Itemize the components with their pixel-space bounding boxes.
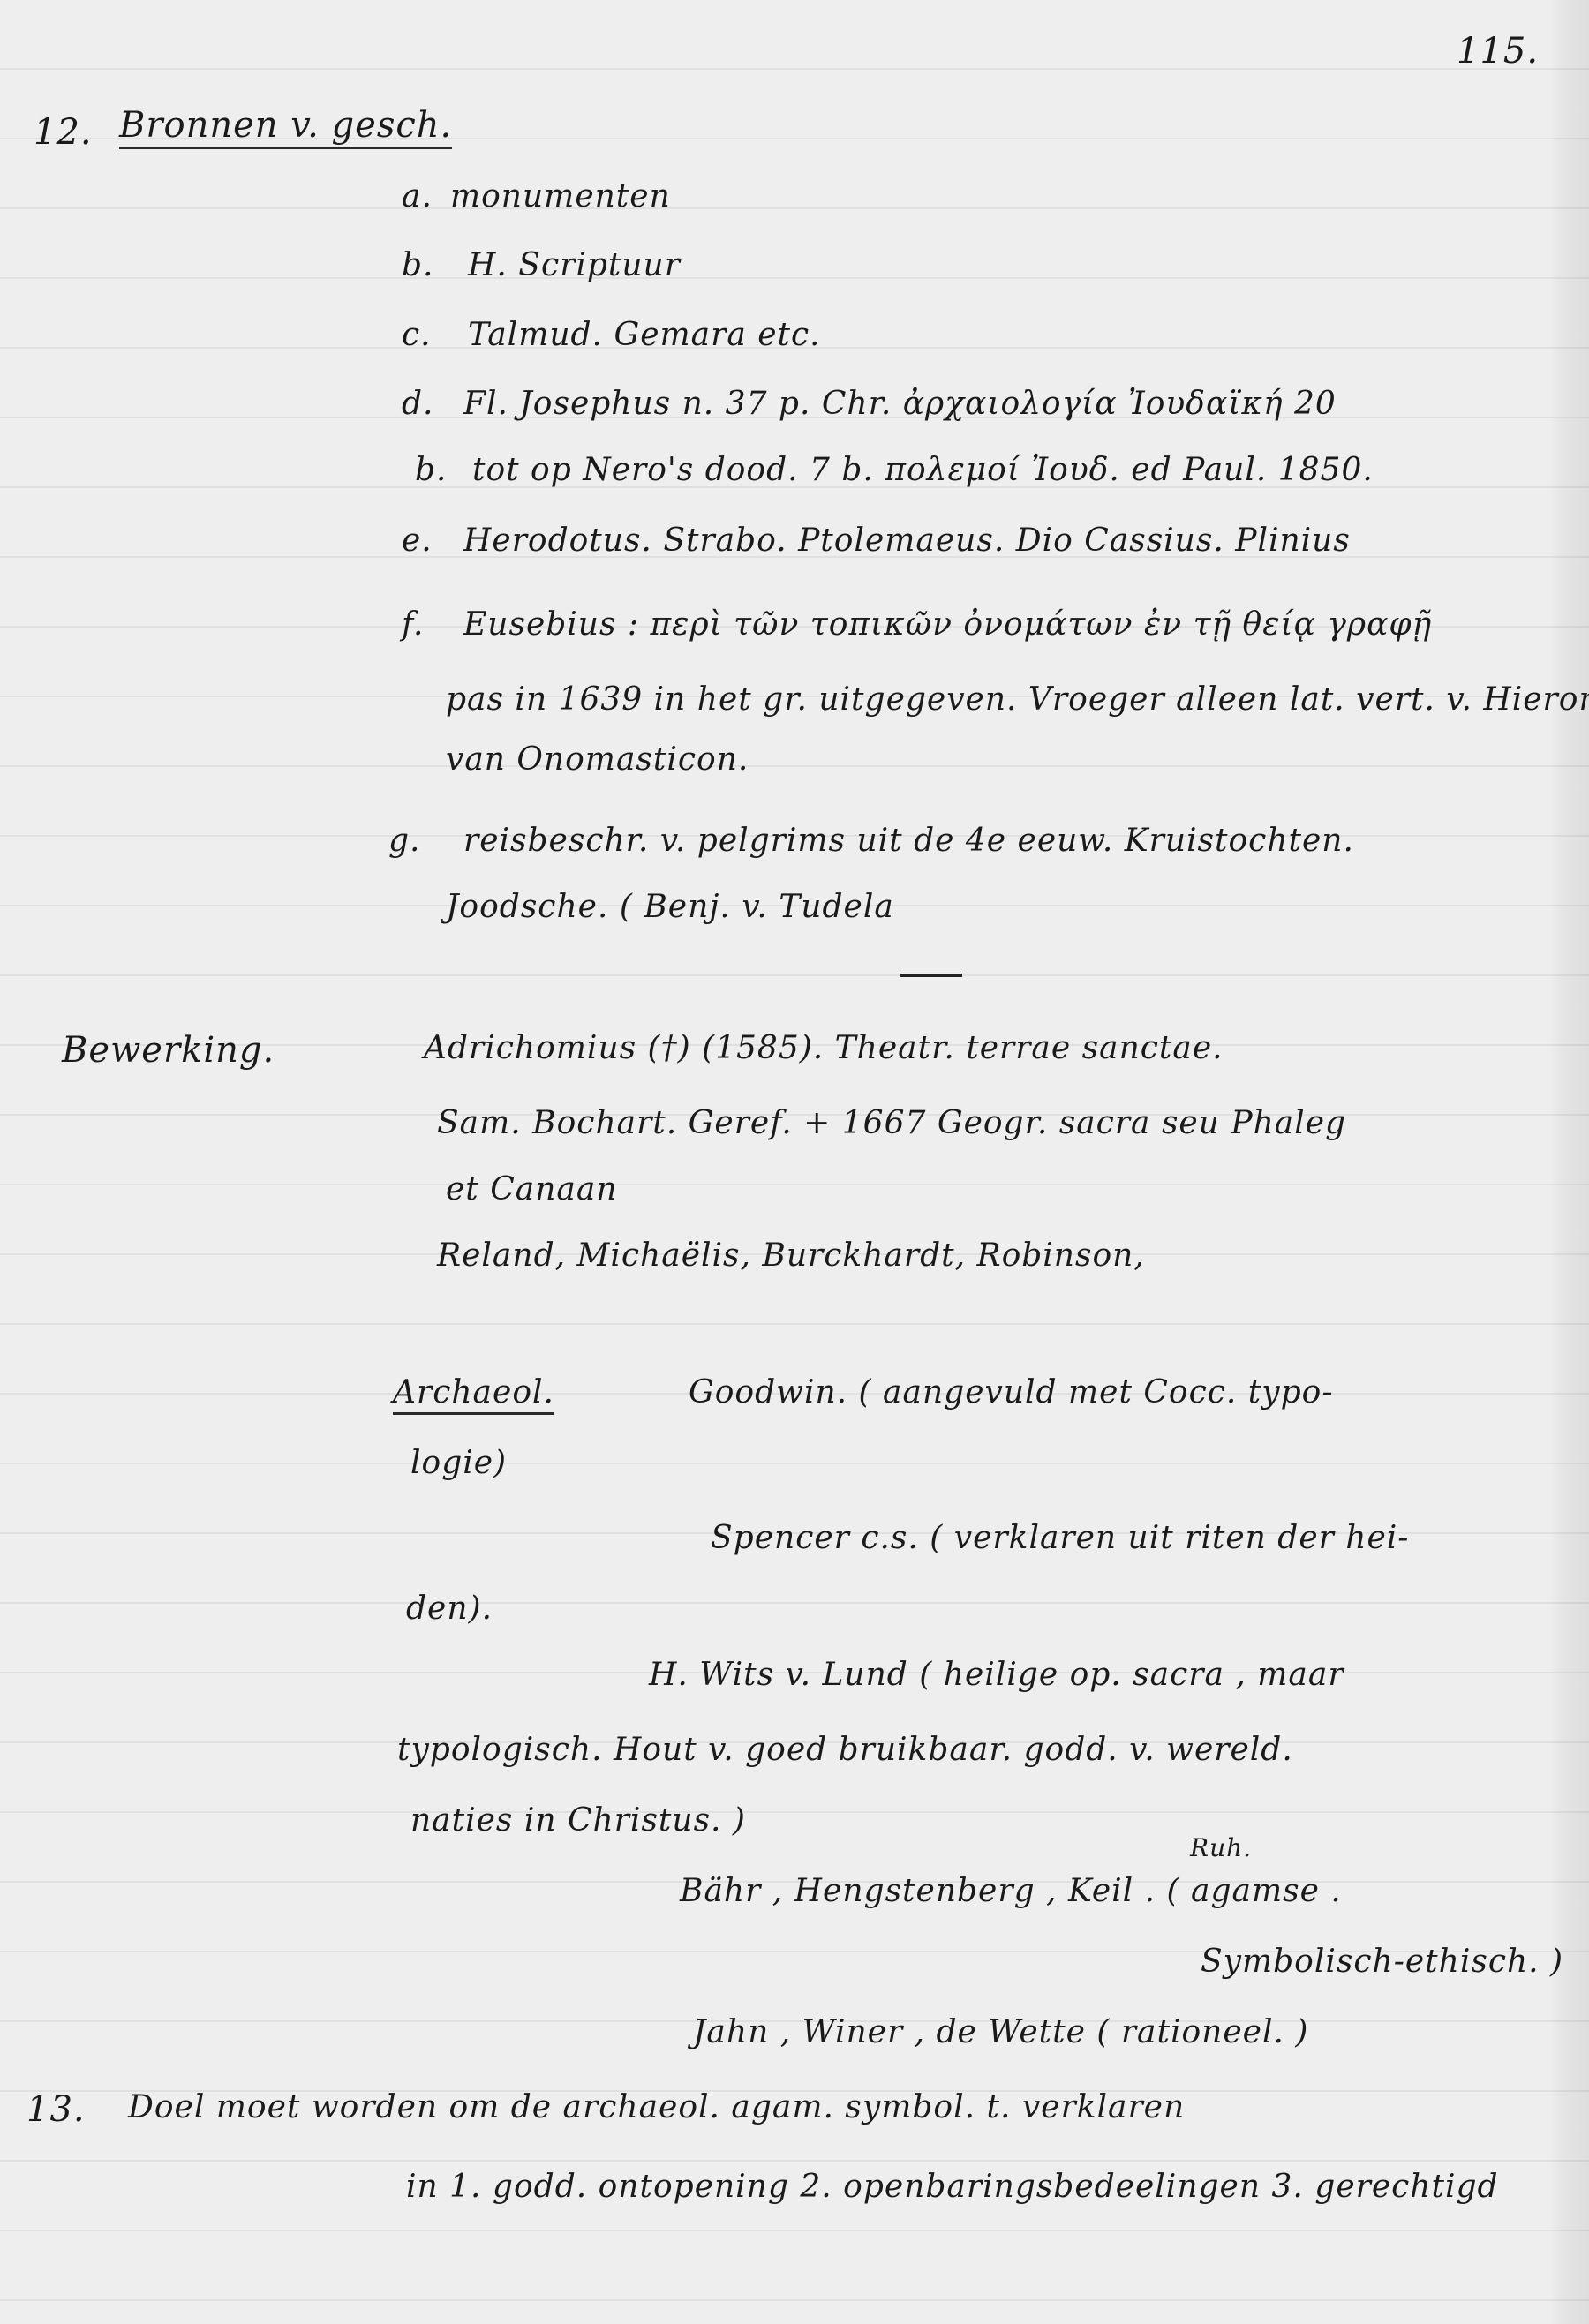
source-item-d2: tot op Nero's dood. 7 b. πολεμοί Ἰουδ. e… — [472, 455, 1374, 486]
archaeol-label: Archaeol. — [393, 1377, 554, 1415]
section-13-line-1: Doel moet worden om de archaeol. agam. s… — [128, 2092, 1185, 2124]
archaeol-line-8: Bähr , Hengstenberg , Keil . ( agamse . — [680, 1876, 1342, 1907]
manuscript-page: 115. 12. Bronnen v. gesch. a. monumenten… — [0, 0, 1589, 2324]
bewerking-line-1: Adrichomius (†) (1585). Theatr. terrae s… — [424, 1033, 1224, 1064]
source-item-label-c: c. — [402, 320, 432, 351]
source-item-f-cont1: pas in 1639 in het gr. uitgegeven. Vroeg… — [446, 684, 1589, 716]
section-13-line-2: in 1. godd. ontopening 2. openbaringsbed… — [406, 2171, 1499, 2203]
source-item-e: Herodotus. Strabo. Ptolemaeus. Dio Cassi… — [463, 525, 1351, 557]
source-item-label-d2: b. — [415, 455, 448, 486]
section-12-heading: Bronnen v. gesch. — [119, 108, 452, 149]
source-item-g: reisbeschr. v. pelgrims uit de 4e eeuw. … — [463, 825, 1354, 857]
source-item-g-cont: Joodsche. ( Benj. v. Tudela — [446, 891, 894, 923]
source-item-c: Talmud. Gemara etc. — [468, 320, 821, 351]
section-12-number: 12. — [34, 115, 93, 150]
source-item-a: monumenten — [450, 181, 671, 213]
archaeol-line-10: Jahn , Winer , de Wette ( rationeel. ) — [693, 2017, 1308, 2049]
bewerking-line-4: Reland, Michaëlis, Burckhardt, Robinson, — [437, 1240, 1145, 1272]
archaeol-line-4: den). — [406, 1593, 493, 1625]
source-item-label-d: d. — [402, 388, 434, 420]
source-item-label-f: f. — [402, 609, 424, 641]
bewerking-label: Bewerking. — [62, 1033, 275, 1068]
source-item-b: H. Scriptuur — [468, 250, 681, 282]
bewerking-line-2: Sam. Bochart. Geref. + 1667 Geogr. sacra… — [437, 1108, 1346, 1139]
section-divider — [900, 974, 962, 977]
source-item-label-a: a. — [402, 181, 433, 213]
source-item-label-e: e. — [402, 525, 433, 557]
bewerking-line-3: et Canaan — [446, 1174, 618, 1206]
archaeol-line-6: typologisch. Hout v. goed bruikbaar. god… — [397, 1734, 1293, 1766]
source-item-f-cont2: van Onomasticon. — [446, 744, 749, 776]
archaeol-line-9: Symbolisch-ethisch. ) — [1201, 1946, 1563, 1978]
source-item-d: Fl. Josephus n. 37 p. Chr. ἀρχαιολογία Ἰ… — [463, 388, 1337, 420]
archaeol-line-2: logie) — [410, 1448, 507, 1479]
archaeol-line-5: H. Wits v. Lund ( heilige op. sacra , ma… — [649, 1659, 1344, 1691]
archaeol-line-1: Goodwin. ( aangevuld met Cocc. typo- — [689, 1377, 1334, 1409]
archaeol-line-3: Spencer c.s. ( verklaren uit riten der h… — [711, 1523, 1409, 1554]
page-number: 115. — [1457, 34, 1539, 69]
archaeol-line-7: naties in Christus. ) — [410, 1805, 746, 1837]
source-item-f: Eusebius : περὶ τῶν τοπικῶν ὀνομάτων ἐν … — [463, 609, 1432, 641]
source-item-label-b: b. — [402, 250, 434, 282]
source-item-label-g: g. — [388, 825, 421, 857]
archaeol-annotation: Ruh. — [1190, 1836, 1252, 1861]
section-13-number: 13. — [26, 2092, 86, 2127]
